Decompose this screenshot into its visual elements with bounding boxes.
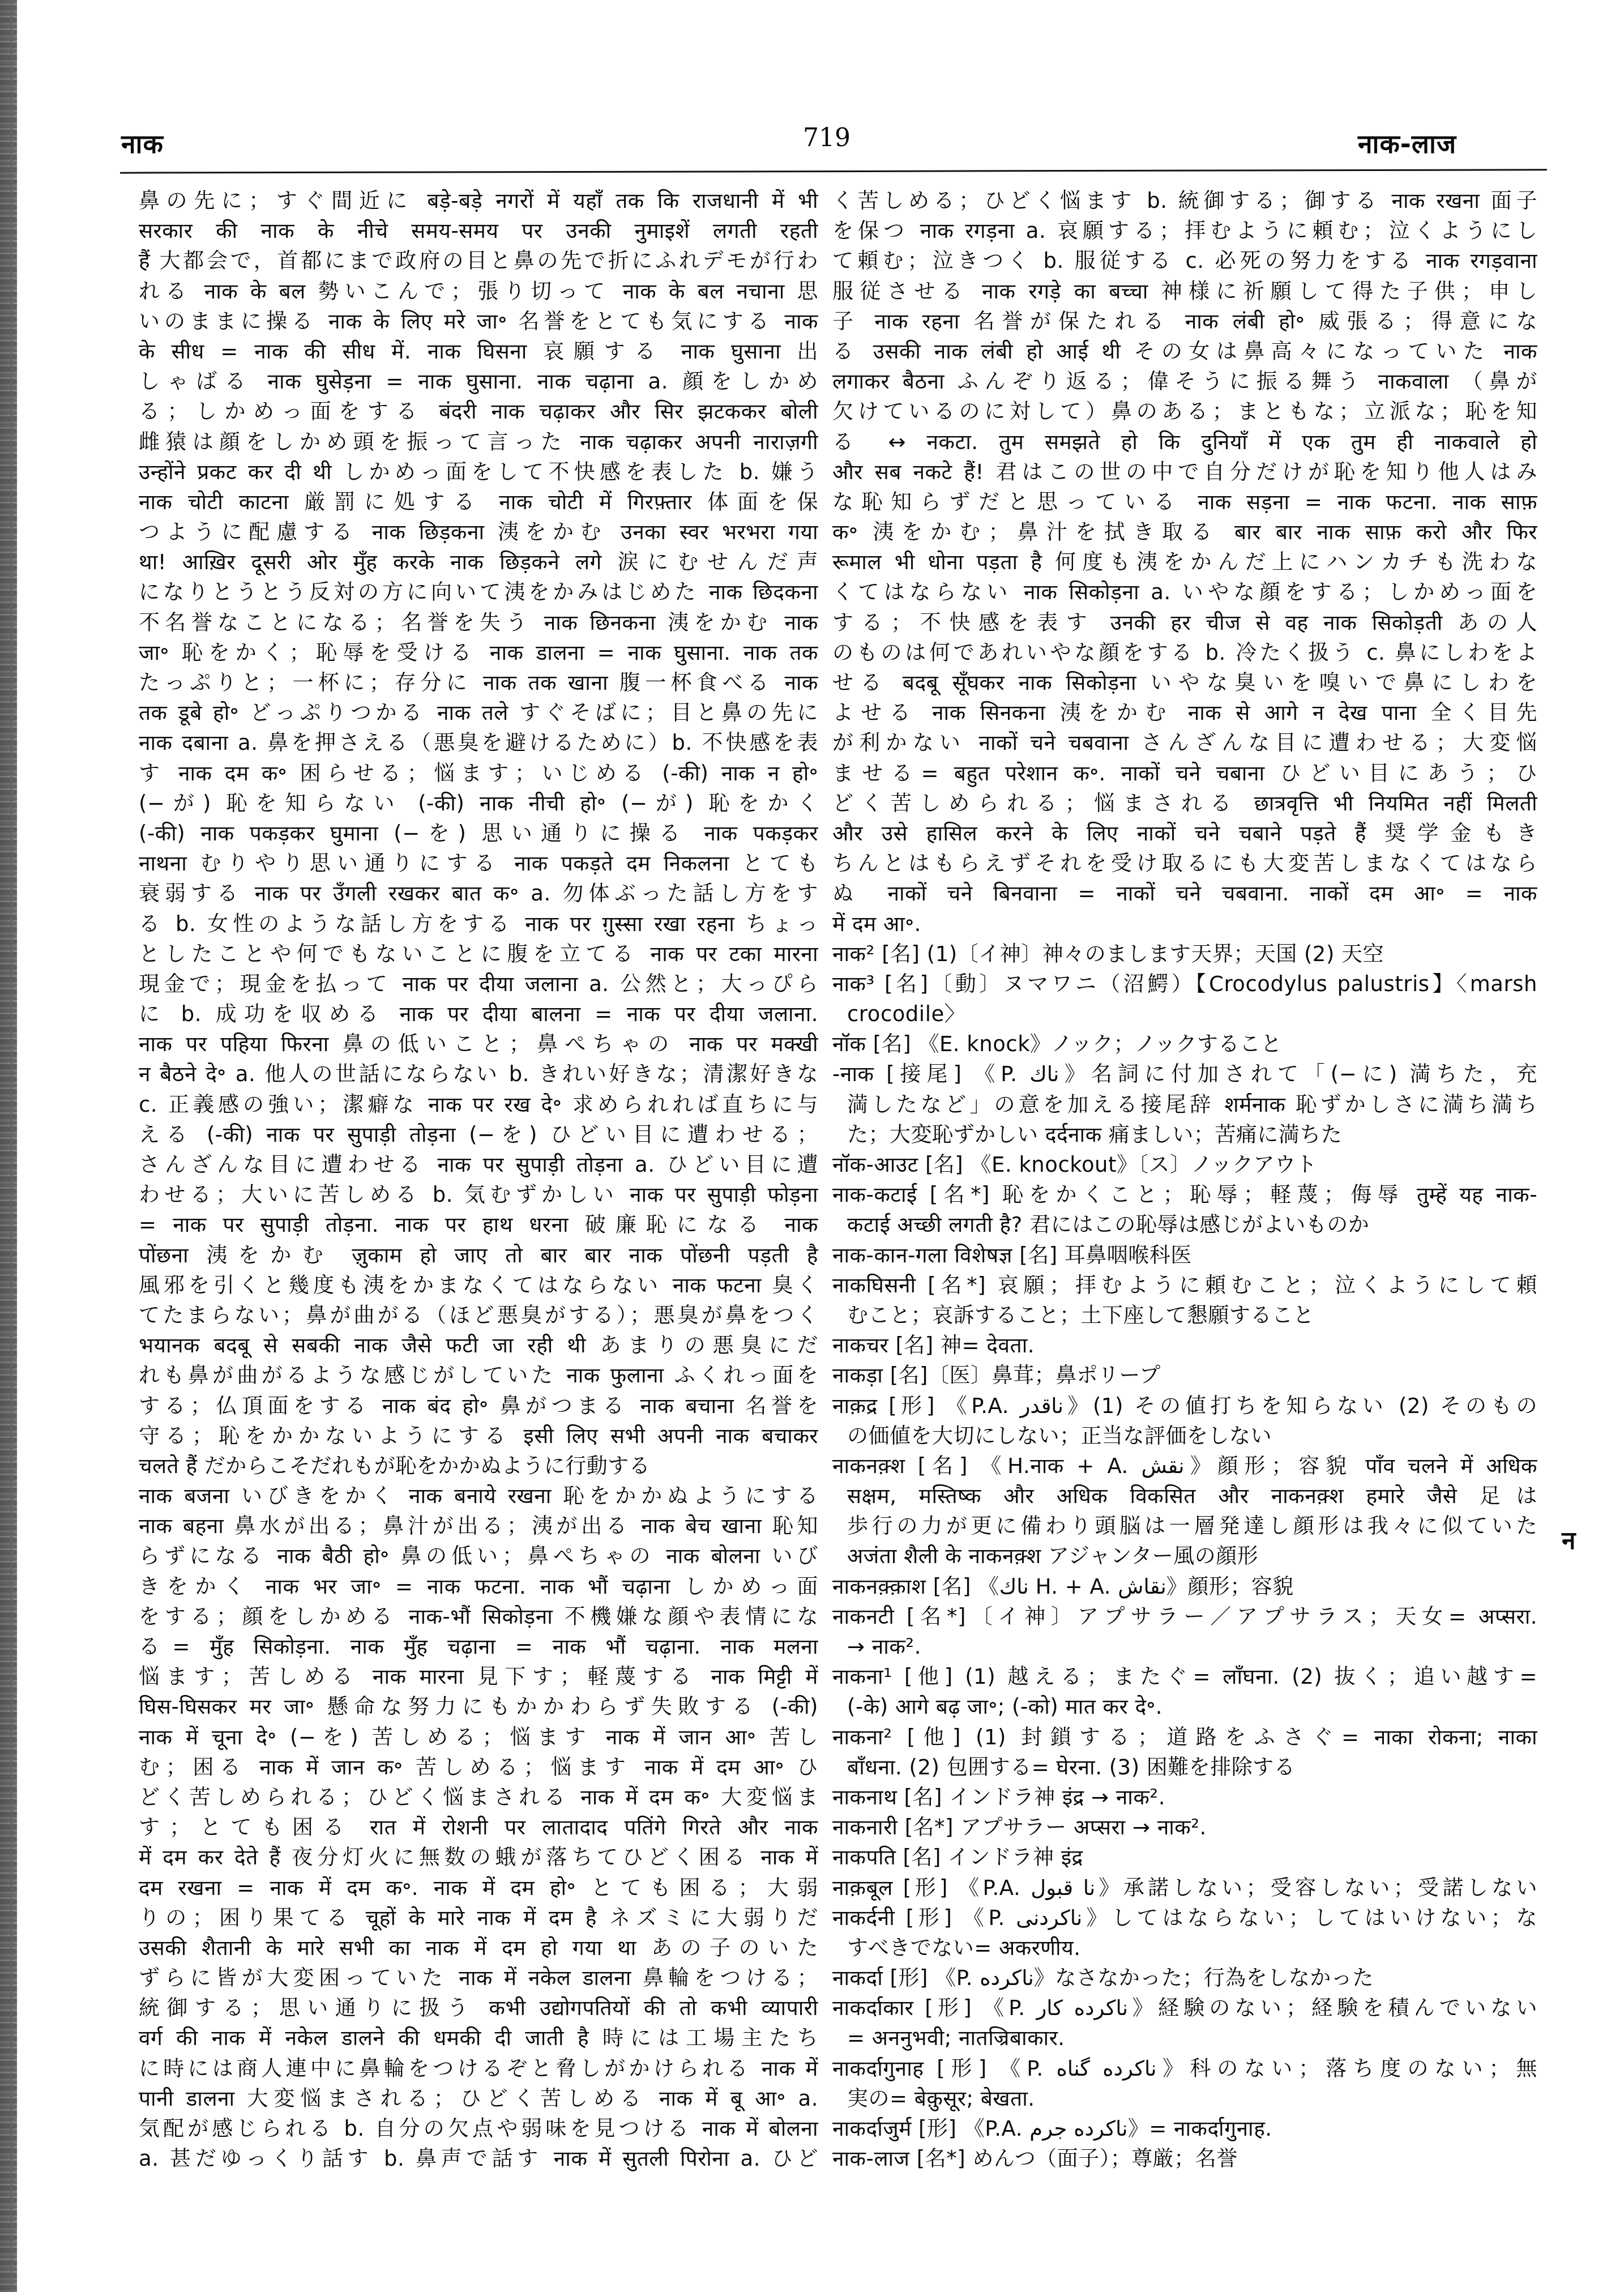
text-line: たっぷりと；一杯に；存分に नाक तक खाना 腹一杯食べる नाक bbox=[139, 668, 818, 698]
text-line: नाकना¹ [他] (1) 越える；またぐ= लाँघना. (2) 抜く；追… bbox=[832, 1662, 1537, 1692]
text-line: な恥知らずだと思っている नाक सड़ना = नाक फटना. नाक स… bbox=[832, 487, 1537, 517]
text-line: नाकनक़्श [名] 《H.नाक + A. نقش》顔形；容貌 पाँव … bbox=[832, 1451, 1537, 1481]
text-line: वर्ग की नाक में नकेल डालने की धमकी दी जा… bbox=[139, 2023, 818, 2053]
text-line: ずらに皆が大変困っていた नाक में नकेल डालना 鼻輪をつける； bbox=[139, 1963, 818, 1993]
left-column: 鼻の先に；すぐ間近に बड़े-बड़े नगरों में यहाँ तक क… bbox=[139, 186, 818, 2174]
text-line: る= मुँह सिकोड़ना. नाक मुँह चढ़ाना = नाक … bbox=[139, 1632, 818, 1662]
text-line: (-के) आगे बढ़ जा॰; (-को) मात कर दे॰. bbox=[832, 1692, 1537, 1722]
text-line: पानी डालना 大変悩まされる；ひどく苦しめる नाक में बू आ॰… bbox=[139, 2084, 818, 2114]
text-line: に b. 成功を収める नाक पर दीया बालना = नाक पर द… bbox=[139, 999, 818, 1029]
text-line: नाकर्दाकार [形] 《P. ناكرده كار》経験のない；経験を積… bbox=[832, 1993, 1537, 2023]
text-line: = नाक पर सुपाड़ी तोड़ना. नाक पर हाथ धरना… bbox=[139, 1210, 818, 1240]
margin-catchword: न bbox=[1562, 1522, 1575, 1556]
text-line: て頼む；泣きつく b. 服従する c. 必死の努力をする नाक रगड़वान… bbox=[832, 246, 1537, 276]
text-line: दम रखना = नाक में दम क॰. नाक में दम हो॰ … bbox=[139, 1873, 818, 1903]
text-line: 守る；恥をかかないようにする इसी लिए सभी अपनी नाक बचाक… bbox=[139, 1421, 818, 1451]
text-line: りの；困り果てる चूहों के मारे नाक में दम है ネズミ… bbox=[139, 1903, 818, 1933]
text-line: नाक-लाज [名*] めんつ（面子）；尊厳；名誉 bbox=[832, 2144, 1537, 2174]
text-line: しゃばる नाक घुसेड़ना = नाक घुसाना. नाक चढ़ा… bbox=[139, 366, 818, 396]
text-line: a. 甚だゆっくり話す b. 鼻声で話す नाक में सुतली पिरोन… bbox=[139, 2144, 818, 2174]
text-line: नाक-कटाई [名*] 恥をかくこと；恥辱；軽蔑；侮辱 तुम्हें यह… bbox=[832, 1180, 1537, 1210]
text-line: उन्होंने प्रकट कर दी थी しかめっ面をして不快感を表した … bbox=[139, 457, 818, 487]
text-line: く苦しめる；ひどく悩ます b. 統御する；御する नाक रखना 面子 bbox=[832, 186, 1537, 216]
text-line: くてはならない नाक सिकोड़ना a. いやな顔をする；しかめっ面を bbox=[832, 577, 1537, 607]
text-line: つように配慮する नाक छिड़कना 洟をかむ उनका स्वर भरभर… bbox=[139, 517, 818, 547]
text-line: नाक² [名] (1)〔イ神〕神々のまします天界；天国 (2) 天空 bbox=[832, 939, 1537, 969]
text-line: नाकनक़्क़ाश [名] 《ناك H. + A. نقاش》顔形；容貌 bbox=[832, 1572, 1537, 1602]
text-line: बाँधना. (2) 包囲する= घेरना. (3) 困難を排除する bbox=[832, 1752, 1537, 1782]
text-line: सरकार की नाक के नीचे समय-समय पर उनकी नुम… bbox=[139, 216, 818, 246]
text-line: 実の= बेक़ुसूर; बेखता. bbox=[832, 2084, 1537, 2114]
text-line: さんざんな目に遭わせる नाक पर सुपाड़ी तोड़ना a. ひどい… bbox=[139, 1150, 818, 1180]
text-line: crocodile〉 bbox=[832, 999, 1537, 1029]
text-line: 満したなど」の意を加える接尾辞 शर्मनाक 恥ずかしさに満ち満ち bbox=[832, 1090, 1537, 1120]
text-line: 不名誉なことになる；名誉を失う नाक छिनकना 洟をかむ नाक bbox=[139, 608, 818, 638]
text-line: तक डूबे हो॰ どっぷりつかる नाक तले すぐそばに；目と鼻の先に bbox=[139, 698, 818, 728]
header-rule bbox=[120, 169, 1547, 173]
text-line: नाक-कान-गला विशेषज्ञ [名] 耳鼻咽喉科医 bbox=[832, 1240, 1537, 1270]
text-line: (−が) 恥を知らない (-की) नाक नीची हो॰ (−が) 恥をかく bbox=[139, 788, 818, 818]
text-line: घिस-घिसकर मर जा॰ 懸命な努力にもかかわらず失敗する (-की) bbox=[139, 1692, 818, 1722]
text-line: नाक़बूल [形] 《P.A. نا قبول》承諾しない；受容しない；受諾… bbox=[832, 1873, 1537, 1903]
text-line: のものは何であれいやな顔をする b. 冷たく扱う c. 鼻にしわをよ bbox=[832, 638, 1537, 668]
text-line: る ↔ नकटा. तुम समझते हो कि दुनियाँ में एक… bbox=[832, 427, 1537, 457]
text-line: ませる= बहुत परेशान क॰. नाकों चने चबाना ひどい… bbox=[832, 758, 1537, 788]
text-line: नॉक-आउट [名] 《E. knockout》〔ス〕ノックアウト bbox=[832, 1150, 1537, 1180]
text-line: रूमाल भी धोना पड़ता है 何度も洟をかんだ上にハンカチも洗わ… bbox=[832, 547, 1537, 577]
text-line: る b. 女性のような話し方をする नाक पर ग़ुस्सा रखा रहन… bbox=[139, 909, 818, 939]
text-line: नॉक [名] 《E. knock》ノック；ノックすること bbox=[832, 1029, 1537, 1059]
text-line: 統御する；思い通りに扱う कभी उद्योगपतियों की तो कभी … bbox=[139, 1993, 818, 2023]
text-line: 悩ます；苦しめる नाक मारना 見下す；軽蔑する नाक मिट्टी म… bbox=[139, 1662, 818, 1692]
text-line: らずになる नाक बैठी हो॰ 鼻の低い；鼻ぺちゃの नाक बोलना … bbox=[139, 1541, 818, 1571]
text-line: नाकनारी [名*] アプサラー अप्सरा → नाक². bbox=[832, 1812, 1537, 1842]
text-line: する；不快感を表す उनकी हर चीज से वह नाक सिकोड़ती… bbox=[832, 608, 1537, 638]
text-line: きをかく नाक भर जा॰ = नाक फटना. नाक भौं चढ़ा… bbox=[139, 1572, 818, 1602]
text-line: む；困る नाक में जान क॰ 苦しめる；悩ます नाक में दम … bbox=[139, 1752, 818, 1782]
header-guide-word-right: नाक-लाज bbox=[1358, 126, 1456, 161]
text-line: 現金で；現金を払って नाक पर दीया जलाना a. 公然と；大っぴら bbox=[139, 969, 818, 999]
text-line: に時には商人連中に鼻輪をつけるぞと脅しがかけられる नाक में bbox=[139, 2054, 818, 2084]
text-line: れる नाक के बल 勢いこんで；張り切って नाक के बल नचाना… bbox=[139, 276, 818, 306]
text-line: नाकर्दाजुर्म [形] 《P.A. ناكرده جرم》= नाकर… bbox=[832, 2114, 1537, 2144]
text-line: る उसकी नाक लंबी हो आई थी その女は鼻高々になっていた न… bbox=[832, 336, 1537, 366]
text-line: す नाक दम क॰ 困らせる；悩ます；いじめる (-की) नाक न हो… bbox=[139, 758, 818, 788]
text-line: नाक दबाना a. 鼻を押さえる（悪臭を避けるために）b. 不快感を表 bbox=[139, 728, 818, 758]
text-line: भयानक बदबू से सबकी नाक जैसे फटी जा रही थ… bbox=[139, 1330, 818, 1360]
text-line: = अननुभवी; नातज्रिबाकार. bbox=[832, 2023, 1537, 2053]
text-line: としたことや何でもないことに腹を立てる नाक पर टका मारना bbox=[139, 939, 818, 969]
right-column: く苦しめる；ひどく悩ます b. 統御する；御する नाक रखना 面子を保つ … bbox=[832, 186, 1537, 2174]
text-line: नाकड़ा [名]〔医〕鼻茸；鼻ポリープ bbox=[832, 1360, 1537, 1390]
text-line: 歩行の力が更に備わり頭脳は一層発達し顔形は我々に似ていた bbox=[832, 1511, 1537, 1541]
text-line: の価値を大切にしない；正当な評価をしない bbox=[832, 1421, 1537, 1451]
text-line: を保つ नाक रगड़ना a. 哀願する；拝むように頼む；泣くようにし bbox=[832, 216, 1537, 246]
text-line: → नाक². bbox=[832, 1632, 1537, 1662]
text-line: लगाकर बैठना ふんぞり返る；偉そうに振る舞う नाकवाला （鼻が bbox=[832, 366, 1537, 396]
text-line: る；しかめっ面をする बंदरी नाक चढ़ाकर और सिर झटककर… bbox=[139, 396, 818, 426]
text-line: नाथना むりやり思い通りにする नाक पकड़ते दम निकलना と… bbox=[139, 848, 818, 878]
text-line: 風邪を引くと幾度も洟をかまなくてはならない नाक फटना 臭く bbox=[139, 1270, 818, 1300]
text-line: が利かない नाकों चने चबवाना さんざんな目に遭わせる；大変悩 bbox=[832, 728, 1537, 758]
text-line: नाक बजना いびきをかく नाक बनाये रखना 恥をかかぬようにす… bbox=[139, 1481, 818, 1511]
text-line: में दम कर देते हैं 夜分灯火に無数の蛾が落ちてひどく困る ना… bbox=[139, 1842, 818, 1872]
text-line: 服従させる नाक रगड़े का बच्चा 神様に祈願して得た子供；申し bbox=[832, 276, 1537, 306]
text-line: नाकना² [他] (1) 封鎖する；道路をふさぐ= नाका रोकना; … bbox=[832, 1722, 1537, 1752]
text-line: 子 नाक रहना 名誉が保たれる नाक लंबी हो॰ 威張る；得意にな bbox=[832, 306, 1537, 336]
text-line: むこと；哀訴すること；土下座して懇願すること bbox=[832, 1300, 1537, 1330]
text-line: पोंछना 洟をかむ ज़ुकाम हो जाए तो बार बार नाक… bbox=[139, 1240, 818, 1270]
text-line: क॰ 洟をかむ；鼻汁を拭き取る बार बार नाक साफ़ करो और … bbox=[832, 517, 1537, 547]
header-guide-word-left: नाक bbox=[121, 126, 164, 161]
text-line: どく苦しめられる；ひどく悩まされる नाक में दम क॰ 大変悩ま bbox=[139, 1782, 818, 1812]
text-line: नाक पर पहिया फिरना 鼻の低いこと；鼻ぺちゃの नाक पर म… bbox=[139, 1029, 818, 1059]
text-line: 雌猿は顔をしかめ頭を振って言った नाक चढ़ाकर अपनी नाराज़ग… bbox=[139, 427, 818, 457]
text-line: अजंता शैली के नाकनक़्श アジャンター風の顔形 bbox=[832, 1541, 1537, 1571]
text-line: हैं 大都会で，首都にまで政府の目と鼻の先で折にふれデモが行わ bbox=[139, 246, 818, 276]
text-line: 鼻の先に；すぐ間近に बड़े-बड़े नगरों में यहाँ तक क… bbox=[139, 186, 818, 216]
text-line: すべきでない= अकरणीय. bbox=[832, 1933, 1537, 1963]
text-line: नाकर्दागुनाह [形] 《P. ناكرده گناه》科のない；落ち… bbox=[832, 2054, 1537, 2084]
text-line: नाकर्दनी [形] 《P. ناكردنى》してはならない；してはいけない… bbox=[832, 1903, 1537, 1933]
text-line: नाक³ [名]〔動〕ヌマワニ（沼鰐）【Crocodylus palustris… bbox=[832, 969, 1537, 999]
text-line: उसकी शैतानी के मारे सभी का नाक में दम हो… bbox=[139, 1933, 818, 1963]
scan-gutter-artifact bbox=[0, 0, 17, 2292]
text-line: よせる नाक सिनकना 洟をかむ नाक से आगे न देख पान… bbox=[832, 698, 1537, 728]
text-line: いのままに操る नाक के लिए मरे जा॰ 名誉をとても気にする ना… bbox=[139, 306, 818, 336]
text-line: नाकर्दा [形] 《P. ناكرده》なさなかった；行為をしなかった bbox=[832, 1963, 1537, 1993]
text-line: ちんとはもらえずそれを受け取るにも大変苦しまなくてはなら bbox=[832, 848, 1537, 878]
text-line: कटाई अच्छी लगती है? 君にはこの恥辱は感じがよいものか bbox=[832, 1210, 1537, 1240]
text-line: てたまらない；鼻が曲がる（ほど悪臭がする）；悪臭が鼻をつく bbox=[139, 1300, 818, 1330]
text-line: चलते हैं だからこそだれもが恥をかかぬように行動する bbox=[139, 1451, 818, 1481]
text-line: और उसे हासिल करने के लिए नाकों चने चबाने… bbox=[832, 818, 1537, 848]
text-line: जा॰ 恥をかく；恥辱を受ける नाक डालना = नाक घुसाना. … bbox=[139, 638, 818, 668]
text-line: नाकनटी [名*]〔イ神〕アプサラー／アプサラス；天女= अप्सरा. bbox=[832, 1602, 1537, 1632]
text-line: をする；顔をしかめる नाक-भौं सिकोड़ना 不機嫌な顔や表情にな bbox=[139, 1602, 818, 1632]
text-line: (-की) नाक पकड़कर घुमाना (−を) 思い通りに操る नाक… bbox=[139, 818, 818, 848]
text-line: どく苦しめられる；悩まされる छात्रवृत्ति भी नियमित नही… bbox=[832, 788, 1537, 818]
text-line: す；とても困る रात में रोशनी पर लातादाद पतिंगे … bbox=[139, 1812, 818, 1842]
text-line: せる बदबू सूँघकर नाक सिकोड़ना いやな臭いを嗅いで鼻にし… bbox=[832, 668, 1537, 698]
text-line: नाकचर [名] 神= देवता. bbox=[832, 1330, 1537, 1360]
text-line: के सीध = नाक की सीध में. नाक घिसना 哀願する … bbox=[139, 336, 818, 366]
text-line: और सब नकटे हैं! 君はこの世の中で自分だけが恥を知り他人はみ bbox=[832, 457, 1537, 487]
text-line: सक्षम, मस्तिष्क और अधिक विकसित और नाकनक़… bbox=[832, 1481, 1537, 1511]
text-line: नाक चोटी काटना 厳罰に処する नाक चोटी में गिरफ़… bbox=[139, 487, 818, 517]
text-line: 衰弱する नाक पर उँगली रखकर बात क॰ a. 勿体ぶった話し… bbox=[139, 878, 818, 908]
text-line: नाक बहना 鼻水が出る；鼻汁が出る；洟が出る नाक बेच खाना 恥… bbox=[139, 1511, 818, 1541]
text-line: 気配が感じられる b. 自分の欠点や弱味を見つける नाक में बोलना bbox=[139, 2114, 818, 2144]
text-line: た；大変恥ずかしい दर्दनाक 痛ましい；苦痛に満ちた bbox=[832, 1120, 1537, 1150]
text-line: れも鼻が曲がるような感じがしていた नाक फुलाना ふくれっ面を bbox=[139, 1360, 818, 1390]
text-line: था! आख़िर दूसरी ओर मुँह करके नाक छिड़कने… bbox=[139, 547, 818, 577]
text-line: える (-की) नाक पर सुपाड़ी तोड़ना (−を) ひどい目… bbox=[139, 1120, 818, 1150]
text-line: になりとうとう反対の方に向いて洟をかみはじめた नाक छिदकना bbox=[139, 577, 818, 607]
text-line: 欠けているのに対して）鼻のある；まともな；立派な；恥を知 bbox=[832, 396, 1537, 426]
text-line: -नाक [接尾] 《P. ناك》名詞に付加されて「(−に) 満ちた，充 bbox=[832, 1059, 1537, 1089]
page-number: 719 bbox=[781, 123, 872, 152]
text-line: नाकघिसनी [名*] 哀願；拝むように頼むこと；泣くようにして頼 bbox=[832, 1270, 1537, 1300]
text-line: नाकपति [名] インドラ神 इंद्र bbox=[832, 1842, 1537, 1872]
text-line: する；仏頂面をする नाक बंद हो॰ 鼻がつまる नाक बचाना 名誉… bbox=[139, 1391, 818, 1421]
text-line: में दम आ॰. bbox=[832, 909, 1537, 939]
text-line: わせる；大いに苦しめる b. 気むずかしい नाक पर सुपाड़ी फोड… bbox=[139, 1180, 818, 1210]
text-line: c. 正義感の強い；潔癖な नाक पर रख दे॰ 求められれば直ちに与 bbox=[139, 1090, 818, 1120]
text-line: ぬ नाकों चने बिनवाना = नाकों चने चबवाना. … bbox=[832, 878, 1537, 908]
text-line: न बैठने दे॰ a. 他人の世話にならない b. きれい好きな；清潔好き… bbox=[139, 1059, 818, 1089]
text-line: नाक में चूना दे॰ (−を) 苦しめる；悩ます नाक में ज… bbox=[139, 1722, 818, 1752]
text-line: नाक़द्र [形] 《P.A. ناقدر》(1) その値打ちを知らない (… bbox=[832, 1391, 1537, 1421]
text-line: नाकनाथ [名] インドラ神 इंद्र → नाक². bbox=[832, 1782, 1537, 1812]
